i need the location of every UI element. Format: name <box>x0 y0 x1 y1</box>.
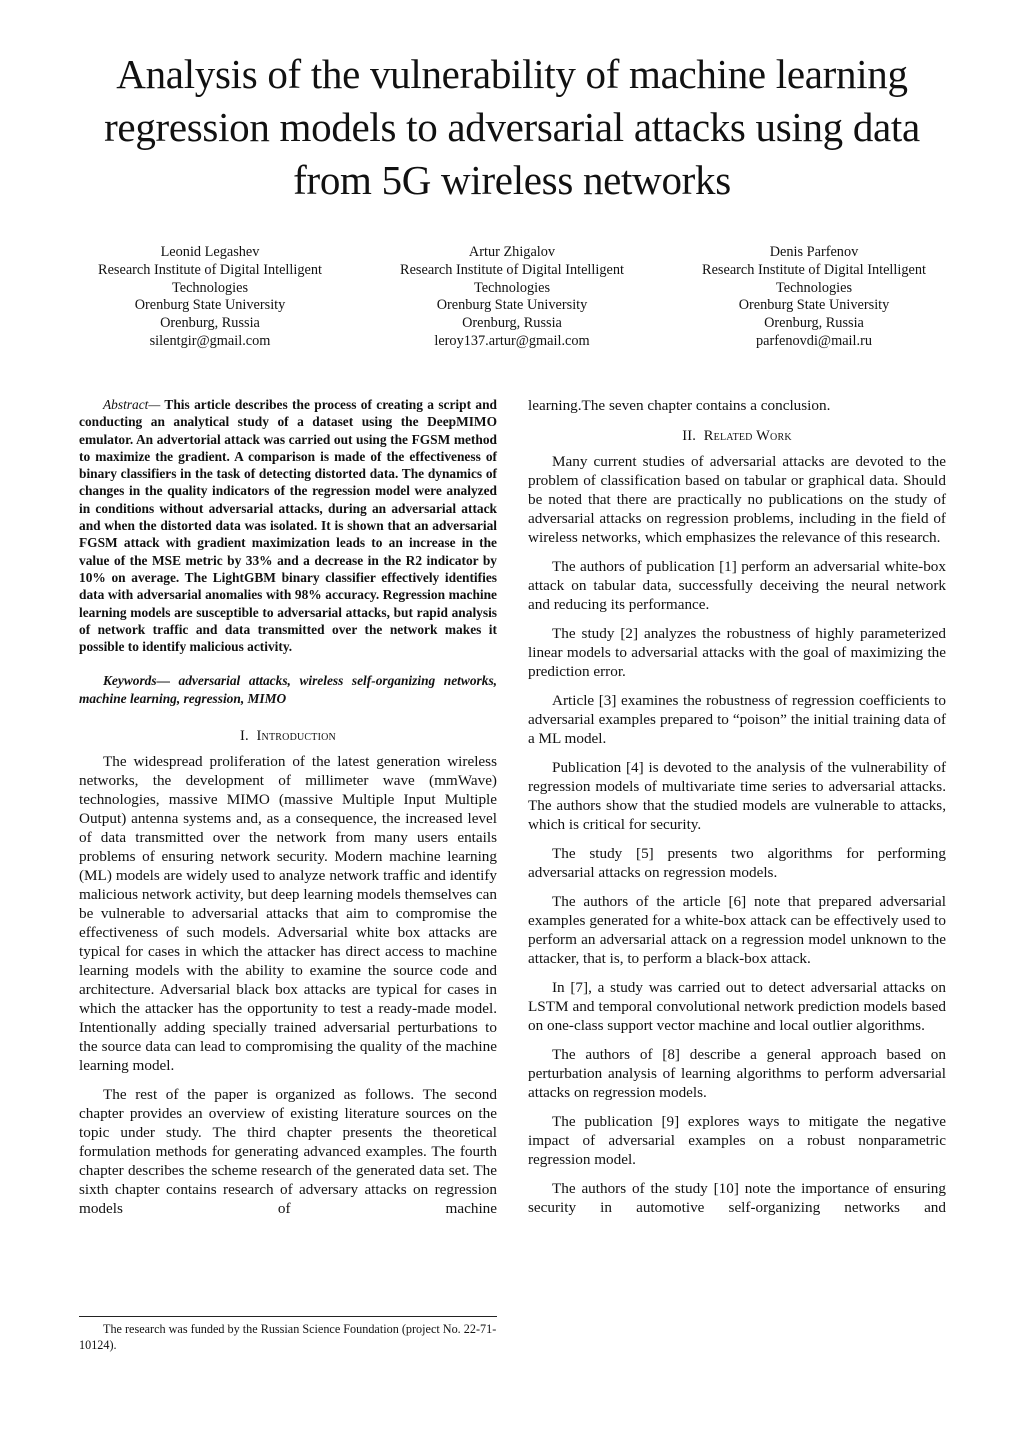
section-heading-introduction: I. Introduction <box>79 727 497 746</box>
related-paragraph-8: In [7], a study was carried out to detec… <box>528 978 946 1035</box>
related-paragraph-4: Article [3] examines the robustness of r… <box>528 691 946 748</box>
author-university: Orenburg State University <box>664 297 964 315</box>
right-column: learning.The seven chapter contains a co… <box>528 396 946 1217</box>
author-name: Leonid Legashev <box>60 244 360 262</box>
author-affiliation: Research Institute of Digital Intelligen… <box>664 262 964 280</box>
related-paragraph-2: The authors of publication [1] perform a… <box>528 557 946 614</box>
section-heading-related-work: II. Related Work <box>528 427 946 446</box>
abstract-text: This article describes the process of cr… <box>79 397 497 654</box>
keywords-label: Keywords— <box>103 673 170 688</box>
author-name: Artur Zhigalov <box>362 244 662 262</box>
author-affiliation: Technologies <box>362 280 662 298</box>
author-location: Orenburg, Russia <box>60 315 360 333</box>
footnote-divider <box>79 1316 497 1317</box>
abstract-label: Abstract— <box>103 397 160 412</box>
author-affiliation: Research Institute of Digital Intelligen… <box>60 262 360 280</box>
author-email[interactable]: silentgir@gmail.com <box>60 333 360 351</box>
author-location: Orenburg, Russia <box>362 315 662 333</box>
author-location: Orenburg, Russia <box>664 315 964 333</box>
author-affiliation: Technologies <box>664 280 964 298</box>
author-email[interactable]: parfenovdi@mail.ru <box>664 333 964 351</box>
author-3: Denis Parfenov Research Institute of Dig… <box>664 244 964 351</box>
author-affiliation: Research Institute of Digital Intelligen… <box>362 262 662 280</box>
author-2: Artur Zhigalov Research Institute of Dig… <box>362 244 662 351</box>
keywords: Keywords— adversarial attacks, wireless … <box>79 672 497 707</box>
intro-paragraph-2: The rest of the paper is organized as fo… <box>79 1085 497 1218</box>
author-1: Leonid Legashev Research Institute of Di… <box>60 244 360 351</box>
related-paragraph-3: The study [2] analyzes the robustness of… <box>528 624 946 681</box>
left-column: Abstract— This article describes the pro… <box>79 396 497 1218</box>
intro-paragraph-1: The widespread proliferation of the late… <box>79 752 497 1075</box>
author-affiliation: Technologies <box>60 280 360 298</box>
related-paragraph-6: The study [5] presents two algorithms fo… <box>528 844 946 882</box>
related-paragraph-9: The authors of [8] describe a general ap… <box>528 1045 946 1102</box>
related-paragraph-5: Publication [4] is devoted to the analys… <box>528 758 946 834</box>
intro-paragraph-2-continued: learning.The seven chapter contains a co… <box>528 396 946 415</box>
related-paragraph-10: The publication [9] explores ways to mit… <box>528 1112 946 1169</box>
related-paragraph-7: The authors of the article [6] note that… <box>528 892 946 968</box>
author-block: Leonid Legashev Research Institute of Di… <box>60 244 964 351</box>
author-email[interactable]: leroy137.artur@gmail.com <box>362 333 662 351</box>
related-paragraph-11: The authors of the study [10] note the i… <box>528 1179 946 1217</box>
author-university: Orenburg State University <box>60 297 360 315</box>
paper-title: Analysis of the vulnerability of machine… <box>60 48 964 207</box>
author-name: Denis Parfenov <box>664 244 964 262</box>
author-university: Orenburg State University <box>362 297 662 315</box>
abstract: Abstract— This article describes the pro… <box>79 396 497 655</box>
related-paragraph-1: Many current studies of adversarial atta… <box>528 452 946 547</box>
funding-footnote: The research was funded by the Russian S… <box>79 1322 497 1353</box>
